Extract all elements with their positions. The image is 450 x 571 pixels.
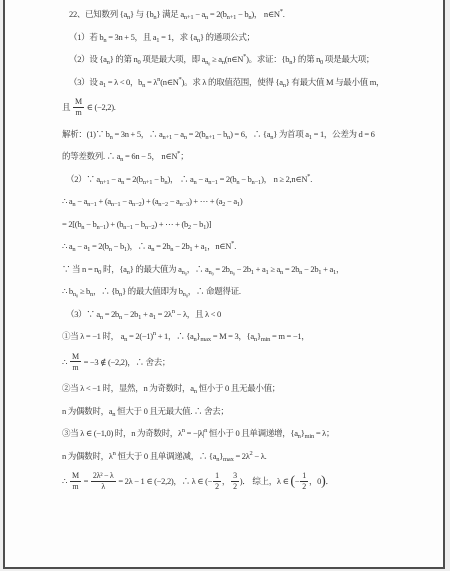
math-line: （3）设 a1 = λ < 0，bn = λn(n∈N*)。求 λ 的取值范围，…	[62, 76, 438, 89]
fraction: 12	[300, 471, 308, 491]
math-line: ∴ Mm = 2λ² − λλ = 2λ − 1 ∈ (−2,2)，∴ λ ∈ …	[62, 472, 438, 492]
math-line: ②当 λ < −1 时，显然，n 为奇数时，an 恒小于 0 且无最小值；	[62, 382, 438, 395]
fraction: Mm	[70, 352, 81, 372]
math-line: ①当 λ = −1 时， an = 2(−1)n + 1，∴ {an}max =…	[62, 330, 438, 343]
fraction: 2λ² − λλ	[91, 471, 116, 491]
fraction: 12	[213, 471, 221, 491]
math-line: ∴ an − a1 = 2(bn − b1)，∴ an = 2bn − 2b1 …	[62, 240, 438, 253]
fraction: Mm	[70, 471, 81, 491]
math-line: ∵ 当 n = n0 时，{an} 的最大值为 an₀，∴ an₀ = 2bn₀…	[62, 263, 438, 276]
math-line: 且 Mm ∈ (−2,2).	[62, 98, 438, 118]
fraction: Mm	[73, 97, 84, 117]
screenshot-root: { "colors": { "page_background": "#fdfdf…	[0, 0, 450, 571]
math-line: 解析：(1)∵ bn = 3n + 5，∴ an+1 − an = 2(bn+1…	[62, 128, 438, 141]
math-line: ∴ Mm = −3 ∉ (−2,2)，∴ 舍去；	[62, 353, 438, 373]
math-line: = 2[(bn − bn−1) + (bn−1 − bn−2) + ⋯ + (b…	[62, 218, 438, 231]
math-line: （3）∵ an = 2bn − 2b1 + a1 = 2λn − λ，且 λ <…	[62, 308, 438, 321]
fraction: 32	[231, 471, 239, 491]
math-line: ∴ bn₀ ≥ bn，∴ {bn} 的最大值即为 bn₀，∴ 命题得证.	[62, 285, 438, 298]
math-line: ③当 λ ∈ (−1,0) 时，n 为奇数时，λn = −|λ|n 恒小于 0 …	[62, 427, 438, 440]
math-line: （1）若 bn = 3n + 5，且 a1 = 1，求 {an} 的通项公式；	[62, 31, 438, 44]
math-line: （2）设 {an} 的第 n0 项是最大项，即 an₀ ≥ an(n∈N*)。求…	[62, 53, 438, 66]
math-line: 的等差数列. ∴ an = 6n − 5， n∈N*；	[62, 150, 438, 163]
math-line: n 为偶数时，an 恒大于 0 且无最大值. ∴ 舍去；	[62, 405, 438, 418]
math-line: 22、已知数列 {an} 与 {bn} 满足 an+1 − an = 2(bn+…	[62, 8, 438, 21]
document-page: 22、已知数列 {an} 与 {bn} 满足 an+1 − an = 2(bn+…	[3, 0, 445, 569]
math-line: n 为偶数时，λn 恒大于 0 且单调递减，∴ {an}max = 2λ2 − …	[62, 450, 438, 463]
document-content: 22、已知数列 {an} 与 {bn} 满足 an+1 − an = 2(bn+…	[62, 8, 438, 502]
math-line: ∴ an − an−1 + (an−1 − an−2) + (an−2 − an…	[62, 195, 438, 208]
math-line: （2）∵ an+1 − an = 2(bn+1 − bn)， ∴ an − an…	[62, 173, 438, 186]
